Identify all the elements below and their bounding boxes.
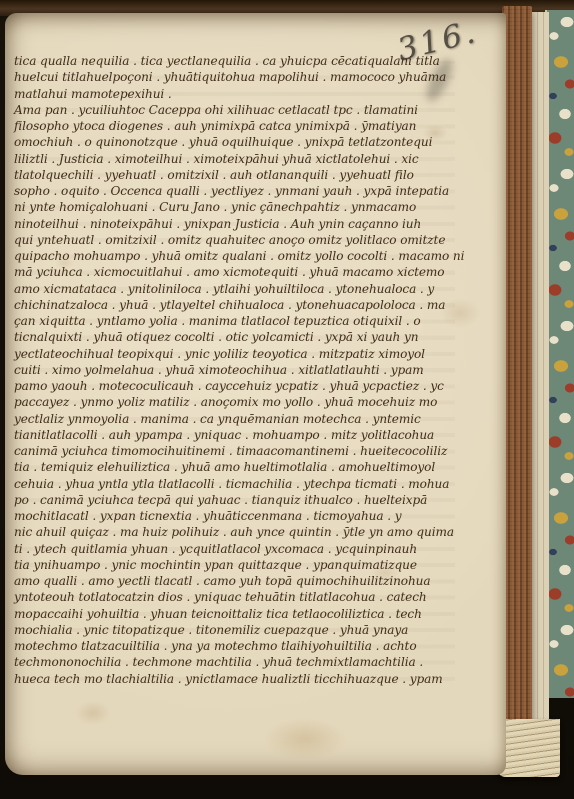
manuscript-text-line: techmononochilia . techmone machtilia . … [14, 654, 458, 670]
manuscript-text-line: pamo yaouh . motecoculicauh . cayccehuiz… [14, 378, 458, 394]
marbled-endpaper [545, 10, 574, 698]
manuscript-text-line: hueca tech mo tlachialtilia . ynictlamac… [14, 671, 458, 687]
inner-page-edges [531, 12, 549, 760]
manuscript-text-line: amo xicmatataca . ynitoliniloca . ytlaih… [14, 281, 458, 297]
manuscript-text-line: tia . temiquiz elehuiliztica . yhuā amo … [14, 459, 458, 475]
manuscript-text-line: chichinatzaloca . yhuā . ytlayeltel chih… [14, 297, 458, 313]
manuscript-text-line: paccayez . ynmo yoliz matiliz . anoçomix… [14, 394, 458, 410]
manuscript-text-line: quipacho mohuampo . yhuā omitz qualani .… [14, 248, 458, 264]
manuscript-text-line: motechmo tlatzacuiltilia . yna ya motech… [14, 638, 458, 654]
manuscript-text-line: ti . ytech quitlamia yhuan . ycquitlatla… [14, 541, 458, 557]
manuscript-text-line: po . canimā yciuhca tecpā qui yahuac . t… [14, 492, 458, 508]
manuscript-text-line: tia ynihuampo . ynic mochintin ypan quit… [14, 557, 458, 573]
manuscript-text-line: filosopho ytoca diogenes . auh ynimixpā … [14, 118, 458, 134]
manuscript-text-block: tica qualla nequilia . tica yectlanequil… [14, 53, 458, 687]
manuscript-text-line: Ama pan . ycuiliuhtoc Caceppa ohi xilihu… [14, 102, 458, 118]
manuscript-text-line: amo qualli . amo yectli tlacatl . camo y… [14, 573, 458, 589]
manuscript-text-line: mā yciuhca . xicmocuitlahui . amo xicmot… [14, 264, 458, 280]
manuscript-text-line: mochitlacatl . yxpan ticnextia . yhuātic… [14, 508, 458, 524]
manuscript-text-line: çan xiquitta . yntlamo yolia . manima tl… [14, 313, 458, 329]
manuscript-text-line: canimā yciuhca timomocihuitinemi . timaa… [14, 443, 458, 459]
manuscript-text-line: ninoteilhui . ninoteixpāhui . ynixpan Ju… [14, 216, 458, 232]
manuscript-text-line: ni ynte homiçalohuani . Curu Jano . ynic… [14, 199, 458, 215]
photo-background: 316. tica qualla nequilia . tica yectlan… [0, 0, 574, 799]
manuscript-text-line: omochiuh . o quinonotzque . yhuā oquilhu… [14, 134, 458, 150]
manuscript-text-line: huelcui titlahuelpoçoni . yhuātiquitohua… [14, 69, 458, 85]
manuscript-text-line: ticnalquixti . yhuā otiquez cocolti . ot… [14, 329, 458, 345]
manuscript-text-line: nic ahuil quiçaz . ma huiz polihuiz . au… [14, 524, 458, 540]
manuscript-text-line: tlatolquechili . yyehuatl . omitzixil . … [14, 167, 458, 183]
manuscript-page: 316. tica qualla nequilia . tica yectlan… [5, 13, 506, 775]
manuscript-text-line: liliztli . Justicia . ximoteilhui . ximo… [14, 151, 458, 167]
manuscript-text-line: mopaccaihi yohuiltia . yhuan teicnoittal… [14, 606, 458, 622]
manuscript-text-line: yectlaliz ynmoyolia . manima . ca ynquēm… [14, 411, 458, 427]
manuscript-text-line: qui yntehuatl . omitzixil . omitz quahui… [14, 232, 458, 248]
manuscript-text-line: tianitlatlacolli . auh ypampa . yniquac … [14, 427, 458, 443]
manuscript-text-line: tica qualla nequilia . tica yectlanequil… [14, 53, 458, 69]
manuscript-text-line: yectlateochihual teopixqui . ynic yolili… [14, 346, 458, 362]
manuscript-text-line: matlahui mamotepexihui . [14, 86, 458, 102]
manuscript-text-line: yntoteouh totlatocatzin dios . yniquac t… [14, 589, 458, 605]
manuscript-text-line: cuiti . ximo yolmelahua . yhuā ximoteoch… [14, 362, 458, 378]
manuscript-text-line: sopho . oquito . Occenca qualli . yectli… [14, 183, 458, 199]
book-fore-edge [502, 6, 532, 758]
manuscript-text-line: mochialia . ynic titopatizque . titonemi… [14, 622, 458, 638]
manuscript-text-line: cehuia . yhua yntla ytla tlatlacolli . t… [14, 476, 458, 492]
